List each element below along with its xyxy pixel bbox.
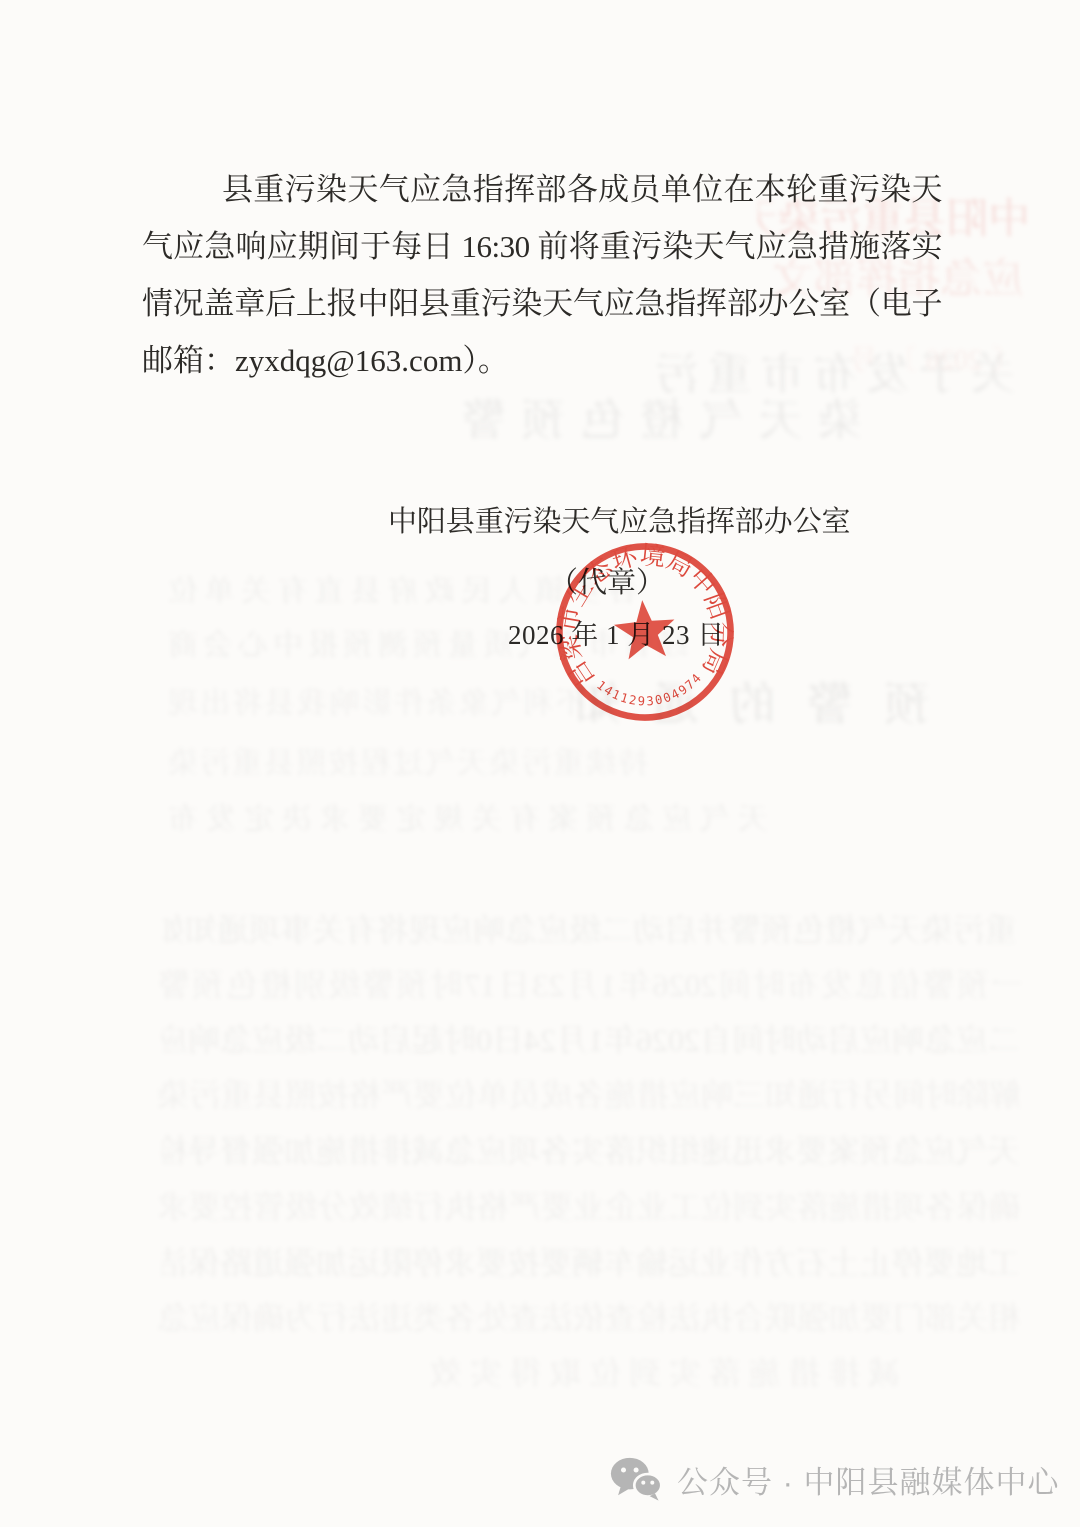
paragraph-line: 邮箱：zyxdqg@163.com）。 (142, 339, 942, 383)
paragraph-line: 县重污染天气应急指挥部各成员单位在本轮重污染天 (222, 168, 942, 212)
footer: 公众号 · 中阳县融媒体中心 (610, 1456, 1060, 1502)
footer-label: 公众号 · 中阳县融媒体中心 (677, 1457, 1060, 1502)
document-scan-page: 中阳县重污染天气应急指挥部文件〔2026〕号关于发布市重污染天气橙色预警预警的通… (0, 0, 1080, 1527)
bleed-text-line: 重污染天气橙色预警并启动二级应急响应现将有关事项通知如下 (162, 905, 1017, 951)
bleed-text-line: 确保各项措施落实到位工业企业要严格执行绩效分级管控要求施工 (158, 1182, 1021, 1228)
signature-office-name: 中阳县重污染天气应急指挥部办公室 (388, 502, 850, 542)
bleed-text-line: 工地要停止土石方作业运输车辆要按要求停限运加强道路保洁 (162, 1238, 1020, 1284)
bleed-text-line: 持续重污染天气过程按照县重污染 (168, 738, 648, 782)
bleed-text-line: 二应急响应启动时间自2026年1月24日0时起启动二级应急响应 (162, 1015, 1020, 1061)
bleed-text-line: 染天气橙色预警 (462, 384, 862, 448)
bleed-text-line: 天气应急预案有关规定要求决定发布 (168, 794, 768, 838)
wechat-icon (610, 1456, 664, 1502)
paragraph-line: 气应急响应期间于每日 16:30 前将重污染天气应急措施落实 (142, 225, 942, 269)
official-seal: 吕梁市生态环境局中阳分局 1411293004974 (543, 530, 747, 734)
bleed-text-line: 受不利气象条件影响我县将出现 (168, 678, 618, 722)
bleed-text-line: 相关部门要加强联合执法检查依法查处各类违法行为确保应急 (158, 1293, 1021, 1339)
paragraph-line: 情况盖章后上报中阳县重污染天气应急指挥部办公室（电子 (142, 282, 942, 326)
bleed-text-line: 一预警信息发布时间2026年1月23日17时预警级别橙色预警 (158, 960, 1023, 1006)
star-icon (612, 598, 678, 661)
bleed-text-line: 天气应急预案要求迅速组织落实各项应急减排措施加强督导检查 (162, 1126, 1020, 1172)
bleed-text-line: 解除时间另行通知三响应措施各成员单位要严格按照县重污染 (158, 1070, 1021, 1116)
bleed-text-line: 减排措施落实到位取得实效 (430, 1348, 900, 1394)
